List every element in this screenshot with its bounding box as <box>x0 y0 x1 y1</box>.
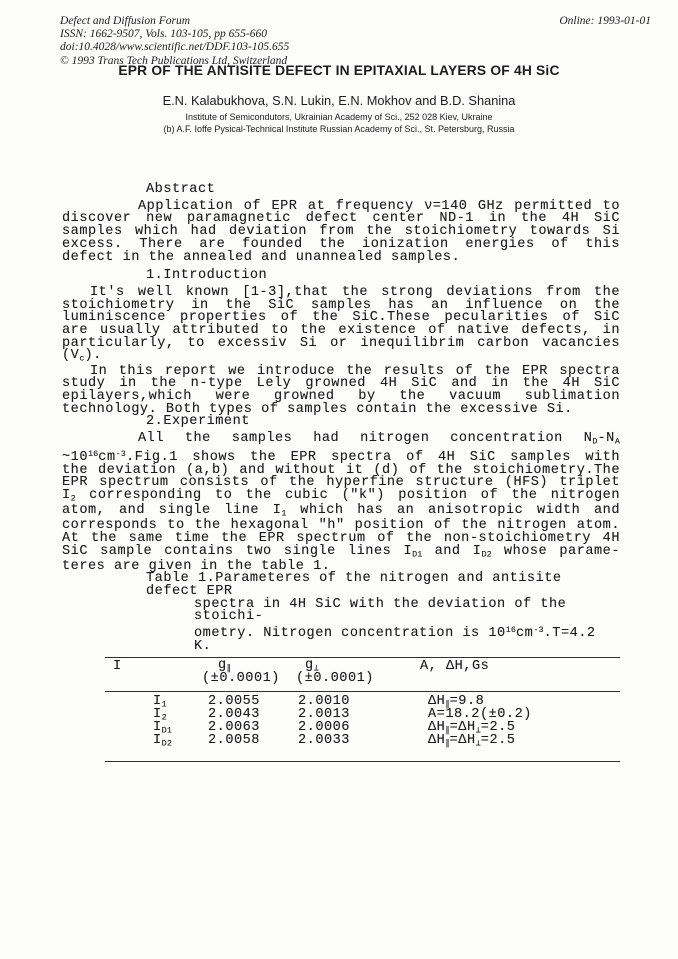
introduction-paragraph-2: In this report we introduce the results … <box>62 366 620 417</box>
table-bottom-rule <box>105 761 620 762</box>
row-label: ID2 <box>153 735 172 750</box>
experiment-paragraph: All the samples had nitrogen concentrati… <box>62 433 620 573</box>
a-deltah-value: ΔH∥=ΔH⊥=2.5 <box>428 735 515 750</box>
table-header-row: I g∥ (±0.0001) g⊥ (±0.0001) A, ΔH,Gs <box>105 658 620 691</box>
table-body: I1 2.0055 2.0010 ΔH∥=9.8 I2 2.0043 2.001… <box>105 692 620 761</box>
paper-title: EPR OF THE ANTISITE DEFECT IN EPITAXIAL … <box>0 63 678 78</box>
author-list: E.N. Kalabukhova, S.N. Lukin, E.N. Mokho… <box>0 93 678 108</box>
table-1-caption: Table 1.Parameteres of the nitrogen and … <box>146 573 620 653</box>
col-header-g-perpendicular-tolerance: (±0.0001) <box>296 673 374 686</box>
introduction-paragraph-1: It's well known [1-3],that the strong de… <box>62 287 620 366</box>
introduction-heading: 1.Introduction <box>146 270 620 283</box>
col-header-a-deltah: A, ΔH,Gs <box>420 661 489 674</box>
journal-header-block: Defect and Diffusion Forum ISSN: 1662-95… <box>60 15 289 68</box>
col-header-g-parallel-tolerance: (±0.0001) <box>202 673 280 686</box>
text-line: ometry. Nitrogen concentration is 1016cm… <box>194 624 620 653</box>
col-header-line: I <box>113 661 122 674</box>
scanned-paper-page: Defect and Diffusion Forum ISSN: 1662-95… <box>0 0 678 959</box>
abstract-paragraph: Application of EPR at frequency ν=140 GH… <box>62 201 620 265</box>
table-row: I1 2.0055 2.0010 ΔH∥=9.8 <box>105 696 620 709</box>
g-perpendicular-value: 2.0033 <box>298 735 350 748</box>
online-date: Online: 1993-01-01 <box>559 15 651 27</box>
journal-name: Defect and Diffusion Forum <box>60 15 289 28</box>
text-line: All the samples had nitrogen concentrati… <box>62 433 620 448</box>
table-1-epr-parameters: I g∥ (±0.0001) g⊥ (±0.0001) A, ΔH,Gs I1 … <box>105 657 620 762</box>
paper-body: Abstract Application of EPR at frequency… <box>62 184 620 762</box>
abstract-heading: Abstract <box>146 184 620 197</box>
g-parallel-value: 2.0058 <box>208 735 260 748</box>
text-line: particularly, to excessiv Si or inequili… <box>62 338 620 351</box>
table-row: ID1 2.0063 2.0006 ΔH∥=ΔH⊥=2.5 <box>105 722 620 735</box>
table-row: I2 2.0043 2.0013 A=18.2(±0.2) <box>105 709 620 722</box>
experiment-heading: 2.Experiment <box>146 416 620 429</box>
text-line: Table 1.Parameteres of the nitrogen and … <box>146 573 620 598</box>
text-line: defect in the annealed and unannealed sa… <box>62 252 620 265</box>
affiliation-2: (b) A.F. Ioffe Pysical-Technical Institu… <box>0 124 678 134</box>
affiliation-1: Institute of Semicondutors, Ukrainian Ac… <box>0 112 678 122</box>
text-line: spectra in 4H SiC with the deviation of … <box>194 599 620 624</box>
table-row: ID2 2.0058 2.0033 ΔH∥=ΔH⊥=2.5 <box>105 735 620 748</box>
journal-doi-line: doi:10.4028/www.scientific.net/DDF.103-1… <box>60 41 289 54</box>
journal-issn-line: ISSN: 1662-9507, Vols. 103-105, pp 655-6… <box>60 28 289 41</box>
